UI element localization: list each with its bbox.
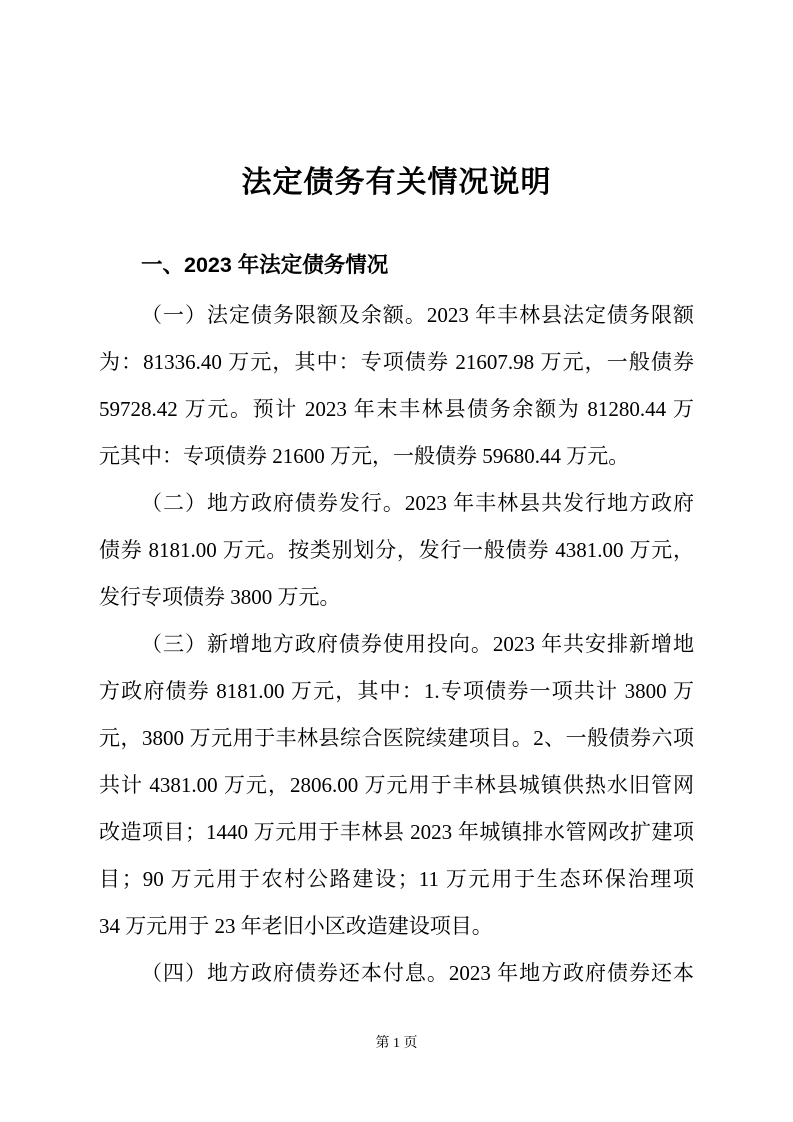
text-line: （三）新增地方政府债券使用投向。2023 年共安排新增地 xyxy=(99,621,694,668)
text-line: 59728.42 万元。预计 2023 年末丰林县债务余额为 81280.44 … xyxy=(99,386,694,433)
paragraph-3: （三）新增地方政府债券使用投向。2023 年共安排新增地 方政府债券 8181.… xyxy=(99,621,694,950)
text-line: 34 万元用于 23 年老旧小区改造建设项目。 xyxy=(99,903,694,950)
text-line: （二）地方政府债券发行。2023 年丰林县共发行地方政府 xyxy=(99,480,694,527)
paragraph-2: （二）地方政府债券发行。2023 年丰林县共发行地方政府 债券 8181.00 … xyxy=(99,480,694,621)
text-line: 目；90 万元用于农村公路建设；11 万元用于生态环保治理项目； xyxy=(99,856,694,903)
text-line: 共计 4381.00 万元，2806.00 万元用于丰林县城镇供热水旧管网 xyxy=(99,762,694,809)
text-line: 方政府债券 8181.00 万元，其中：1.专项债券一项共计 3800 万 xyxy=(99,668,694,715)
document-page: 法定债务有关情况说明 一、2023 年法定债务情况 （一）法定债务限额及余额。2… xyxy=(0,0,793,1122)
page-number: 第 1 页 xyxy=(376,1036,418,1051)
document-title: 法定债务有关情况说明 xyxy=(0,159,793,207)
text-line: 发行专项债券 3800 万元。 xyxy=(99,574,694,621)
page-footer: 第 1 页 xyxy=(0,1034,793,1054)
text-line: 元其中：专项债券 21600 万元，一般债券 59680.44 万元。 xyxy=(99,433,694,480)
text-line: （一）法定债务限额及余额。2023 年丰林县法定债务限额 xyxy=(99,292,694,339)
text-line: （四）地方政府债券还本付息。2023 年地方政府债券还本 xyxy=(99,950,694,997)
text-line: 债券 8181.00 万元。按类别划分，发行一般债券 4381.00 万元， xyxy=(99,527,694,574)
section-heading: 一、2023 年法定债务情况 xyxy=(141,242,388,289)
paragraph-4: （四）地方政府债券还本付息。2023 年地方政府债券还本 xyxy=(99,950,694,997)
document-body: （一）法定债务限额及余额。2023 年丰林县法定债务限额 为：81336.40 … xyxy=(99,292,694,997)
text-line: 改造项目；1440 万元用于丰林县 2023 年城镇排水管网改扩建项 xyxy=(99,809,694,856)
text-line: 为：81336.40 万元，其中：专项债券 21607.98 万元，一般债券 xyxy=(99,339,694,386)
paragraph-1: （一）法定债务限额及余额。2023 年丰林县法定债务限额 为：81336.40 … xyxy=(99,292,694,480)
text-line: 元，3800 万元用于丰林县综合医院续建项目。2、一般债券六项 xyxy=(99,715,694,762)
